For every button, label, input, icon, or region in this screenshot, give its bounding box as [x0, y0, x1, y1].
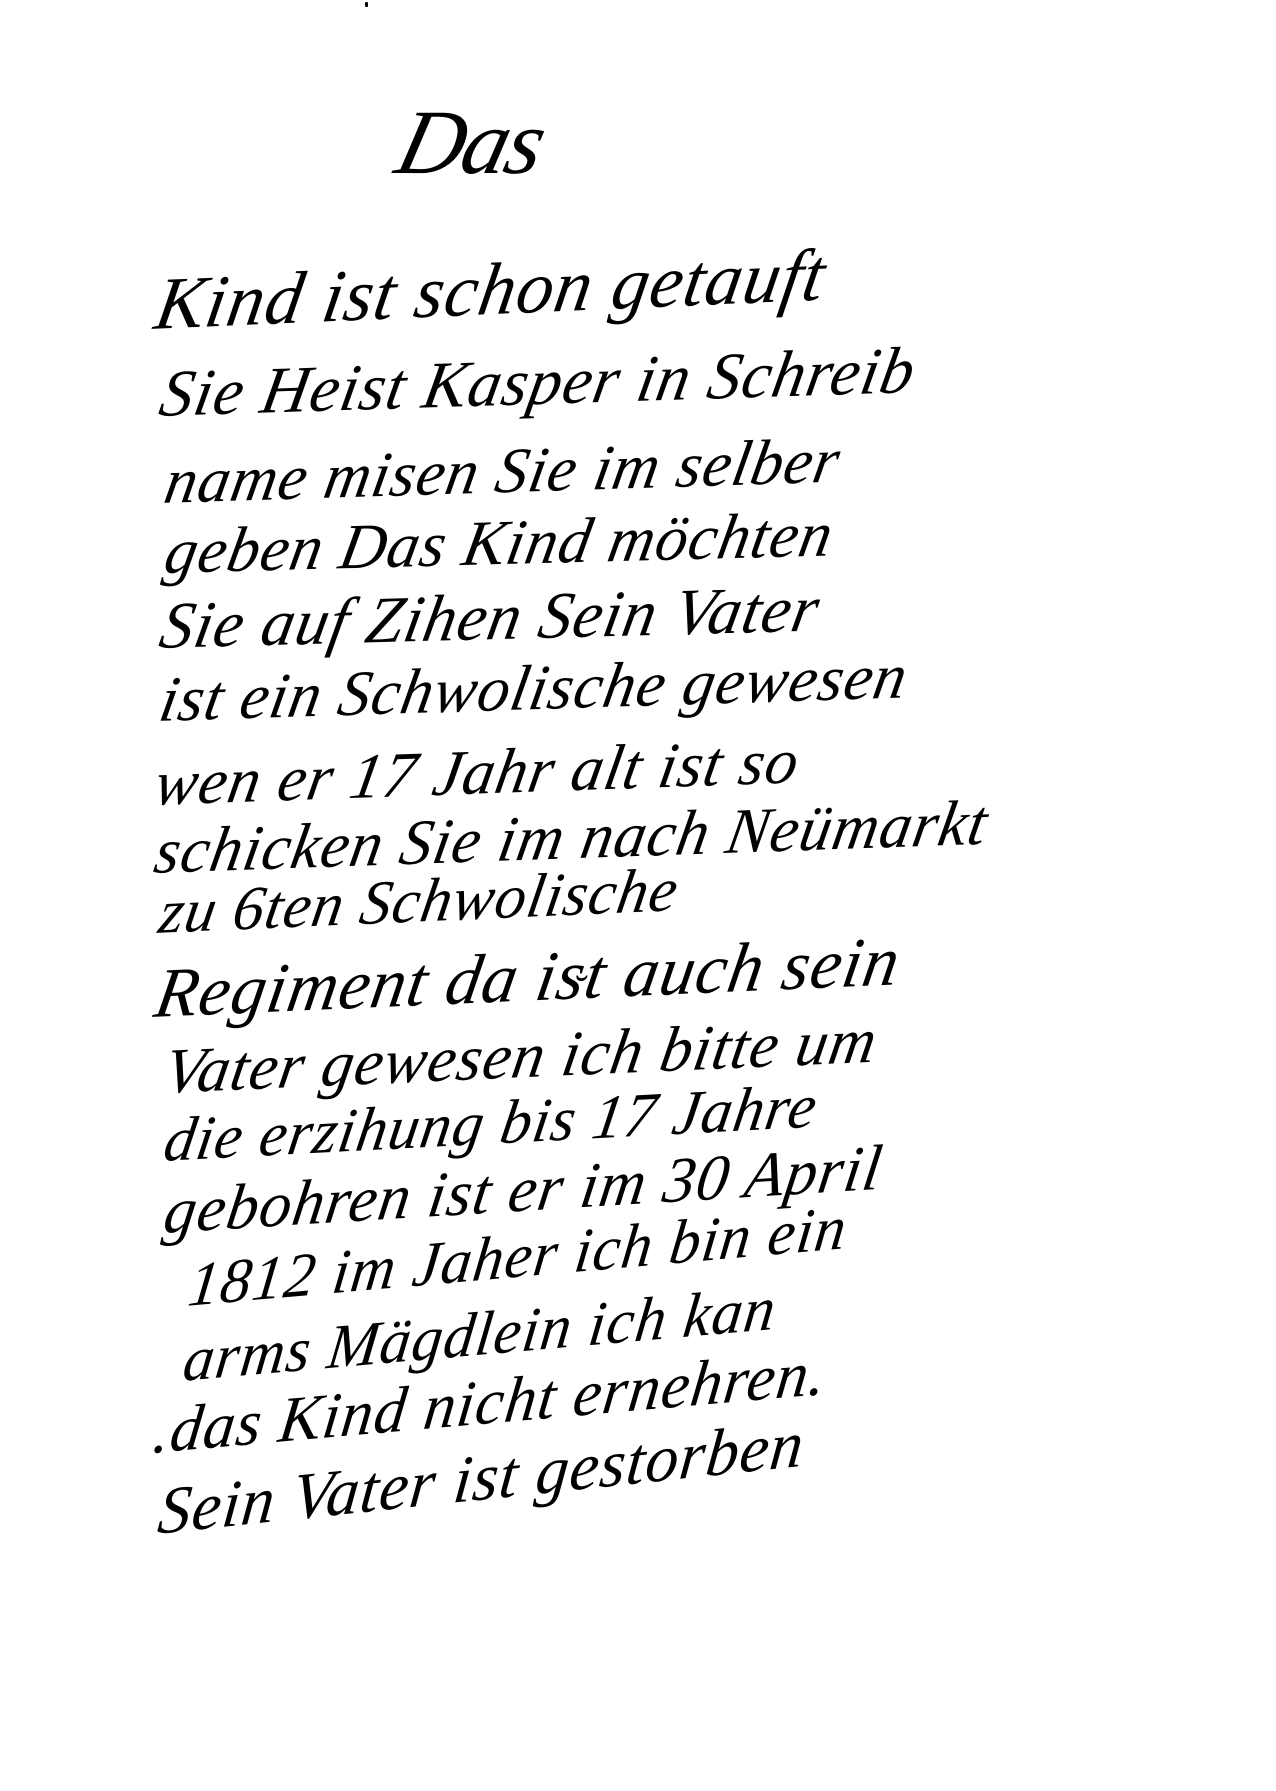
letter-line-1: Kind ist schon getauft	[150, 238, 831, 342]
letter-line-2: Sie Heist Kasper in Schreib	[155, 338, 921, 428]
scan-speck	[365, 2, 368, 7]
letter-line-4: geben Das Kind möchten	[160, 502, 839, 584]
document-page: Das Kind ist schon getauft Sie Heist Kas…	[0, 0, 1276, 1791]
letter-heading: Das	[389, 96, 554, 188]
